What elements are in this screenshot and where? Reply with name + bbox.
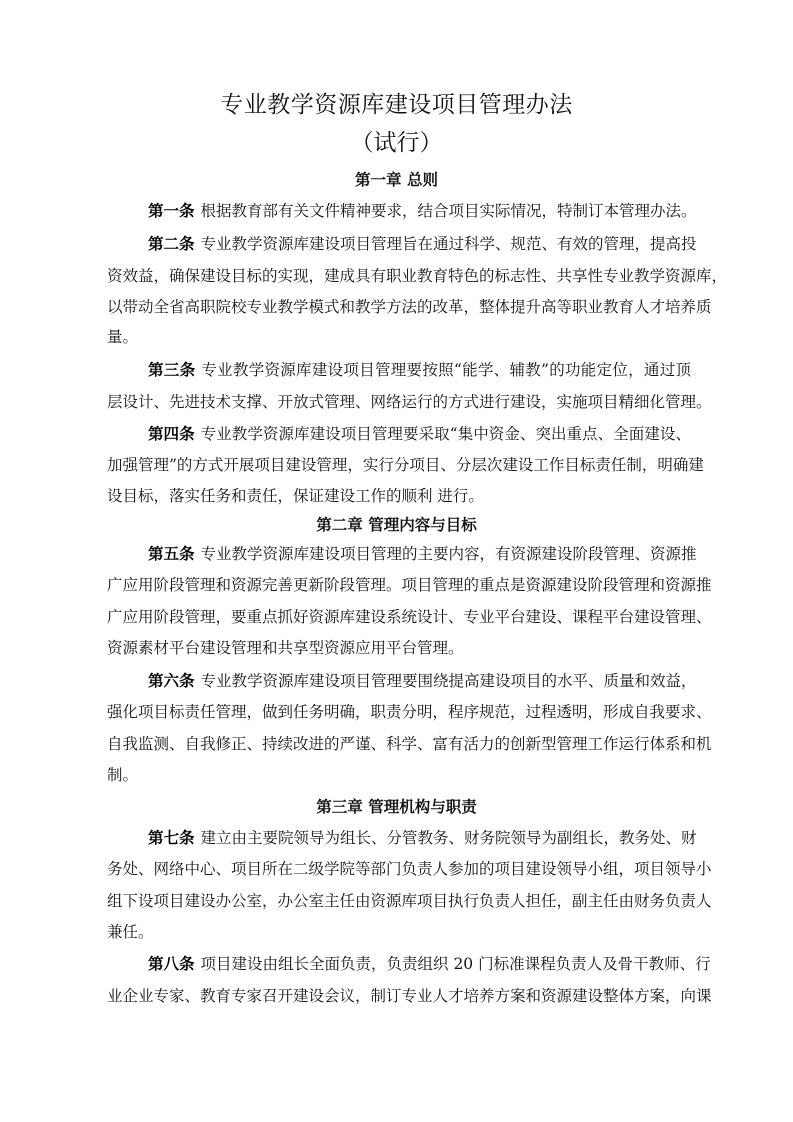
- article-line: 设目标，落实任务和责任，保证建设工作的顺利 进行。: [107, 486, 691, 506]
- article-line: 第四条专业教学资源库建设项目管理要采取“集中资金、突出重点、全面建设、: [148, 424, 691, 444]
- article-text: 项目建设由组长全面负责，负责组织 20 门标准课程负责人及骨干教师、行: [201, 955, 711, 973]
- article-line: 层设计、先进技术支撑、开放式管理、网络运行的方式进行建设，实施项目精细化管理。: [107, 392, 691, 412]
- document-subtitle: （试行）: [0, 124, 793, 157]
- article-text: 根据教育部有关文件精神要求，结合项目实际情况，特制订本管理办法。: [201, 202, 697, 220]
- chapter-heading: 第三章 管理机构与职责: [0, 795, 793, 817]
- article-text: 专业教学资源库建设项目管理要采取“集中资金、突出重点、全面建设、: [201, 425, 691, 443]
- article-line: 广应用阶段管理和资源完善更新阶段管理。项目管理的重点是资源建设阶段管理和资源推: [107, 575, 691, 595]
- article-line: 广应用阶段管理，要重点抓好资源库建设系统设计、专业平台建设、课程平台建设管理、: [107, 607, 691, 627]
- article-text: 专业教学资源库建设项目管理的主要内容，有资源建设阶段管理、资源推: [201, 545, 697, 563]
- document-title: 专业教学资源库建设项目管理办法: [0, 86, 793, 119]
- article-line: 兼任。: [107, 922, 691, 942]
- article-line: 业企业专家、教育专家召开建设会议，制订专业人才培养方案和资源建设整体方案，向课: [107, 986, 691, 1006]
- article-label: 第一条: [148, 201, 195, 220]
- article-text: 建立由主要院领导为组长、分管教务、财务院领导为副组长，教务处、财: [201, 829, 697, 847]
- article-line: 第七条建立由主要院领导为组长、分管教务、财务院领导为副组长，教务处、财: [148, 828, 691, 848]
- article-text: 专业教学资源库建设项目管理旨在通过科学、规范、有效的管理，提高投: [201, 235, 697, 253]
- article-label: 第七条: [148, 828, 195, 847]
- article-label: 第四条: [148, 424, 195, 443]
- chapter-heading: 第一章 总则: [0, 168, 793, 190]
- article-label: 第三条: [148, 360, 195, 379]
- article-label: 第二条: [148, 234, 195, 253]
- article-text: 专业教学资源库建设项目管理要按照“能学、辅教”的功能定位，通过顶: [201, 361, 691, 379]
- article-label: 第八条: [148, 954, 195, 973]
- article-line: 第三条专业教学资源库建设项目管理要按照“能学、辅教”的功能定位，通过顶: [148, 360, 691, 380]
- article-line: 务处、网络中心、项目所在二级学院等部门负责人参加的项目建设领导小组，项目领导小: [107, 859, 691, 879]
- article-line: 强化项目标责任管理，做到任务明确，职责分明，程序规范，过程透明，形成自我要求、: [107, 702, 691, 722]
- article-line: 第二条专业教学资源库建设项目管理旨在通过科学、规范、有效的管理，提高投: [148, 234, 691, 254]
- article-line: 以带动全省高职院校专业教学模式和教学方法的改革，整体提升高等职业教育人才培养质: [107, 297, 691, 317]
- article-line: 制。: [107, 765, 691, 785]
- article-line: 加强管理”的方式开展项目建设管理，实行分项目、分层次建设工作目标责任制，明确建: [107, 455, 691, 475]
- article-line: 量。: [107, 327, 691, 347]
- article-text: 专业教学资源库建设项目管理要围绕提高建设项目的水平、质量和效益，: [201, 672, 697, 690]
- article-line: 组下设项目建设办公室，办公室主任由资源库项目执行负责人担任，副主任由财务负责人: [107, 891, 691, 911]
- article-label: 第五条: [148, 544, 195, 563]
- article-label: 第六条: [148, 671, 195, 690]
- article-line: 资源素材平台建设管理和共享型资源应用平台管理。: [107, 638, 691, 658]
- article-line: 资效益，确保建设目标的实现，建成具有职业教育特色的标志性、共享性专业教学资源库，: [107, 266, 691, 286]
- article-line: 自我监测、自我修正、持续改进的严谨、科学、富有活力的创新型管理工作运行体系和机: [107, 734, 691, 754]
- article-line: 第一条根据教育部有关文件精神要求，结合项目实际情况，特制订本管理办法。: [148, 201, 691, 221]
- article-line: 第八条项目建设由组长全面负责，负责组织 20 门标准课程负责人及骨干教师、行: [148, 954, 691, 974]
- article-line: 第六条专业教学资源库建设项目管理要围绕提高建设项目的水平、质量和效益，: [148, 671, 691, 691]
- document-page: 专业教学资源库建设项目管理办法 （试行） 第一章 总则 第一条根据教育部有关文件…: [0, 0, 793, 1122]
- article-line: 第五条专业教学资源库建设项目管理的主要内容，有资源建设阶段管理、资源推: [148, 544, 691, 564]
- chapter-heading: 第二章 管理内容与目标: [0, 513, 793, 535]
